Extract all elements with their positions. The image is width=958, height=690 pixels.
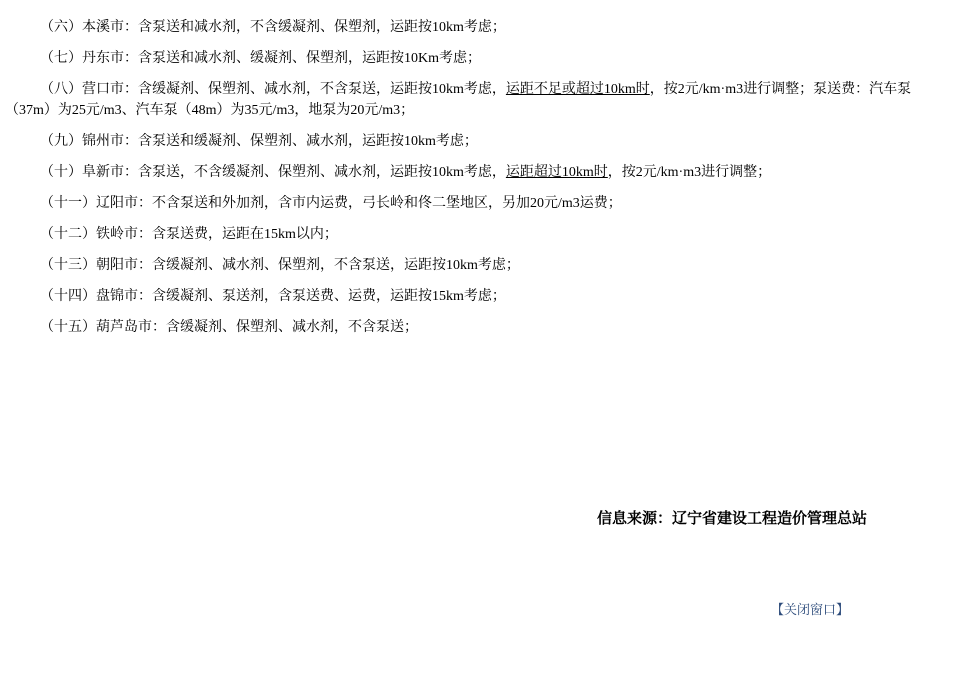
paragraph-text: （六）本溪市：含泵送和减水剂，不含缓凝剂、保塑剂，运距按10km考虑； bbox=[40, 20, 506, 35]
paragraph-text: （十四）盘锦市：含缓凝剂、泵送剂，含泵送费、运费，运距按15km考虑； bbox=[40, 289, 506, 304]
body-paragraph: （七）丹东市：含泵送和减水剂、缓凝剂、保塑剂，运距按10Km考虑； bbox=[5, 48, 950, 69]
paragraph-text: （十）阜新市：含泵送，不含缓凝剂、保塑剂、减水剂，运距按10km考虑， bbox=[40, 165, 506, 180]
body-paragraph: （十五）葫芦岛市：含缓凝剂、保塑剂、减水剂，不含泵送； bbox=[5, 317, 950, 338]
paragraph-text: （九）锦州市：含泵送和缓凝剂、保塑剂、减水剂，运距按10km考虑； bbox=[40, 134, 478, 149]
paragraph-text: （八）营口市：含缓凝剂、保塑剂、减水剂，不含泵送，运距按10km考虑， bbox=[40, 82, 506, 97]
close-window-link[interactable]: 【关闭窗口】 bbox=[771, 602, 849, 617]
body-paragraphs: （六）本溪市：含泵送和减水剂，不含缓凝剂、保塑剂，运距按10km考虑；（七）丹东… bbox=[5, 17, 950, 338]
body-paragraph: （十四）盘锦市：含缓凝剂、泵送剂，含泵送费、运费，运距按15km考虑； bbox=[5, 286, 950, 307]
body-paragraph: （六）本溪市：含泵送和减水剂，不含缓凝剂、保塑剂，运距按10km考虑； bbox=[5, 17, 950, 38]
body-paragraph: （十一）辽阳市：不含泵送和外加剂，含市内运费，弓长岭和佟二堡地区，另加20元/m… bbox=[5, 193, 950, 214]
body-paragraph: （十三）朝阳市：含缓凝剂、减水剂、保塑剂，不含泵送，运距按10km考虑； bbox=[5, 255, 950, 276]
body-paragraph: （十二）铁岭市：含泵送费，运距在15km以内； bbox=[5, 224, 950, 245]
paragraph-text: （十五）葫芦岛市：含缓凝剂、保塑剂、减水剂，不含泵送； bbox=[40, 320, 418, 335]
close-line: 【关闭窗口】 bbox=[5, 602, 950, 618]
paragraph-text: （十三）朝阳市：含缓凝剂、减水剂、保塑剂，不含泵送，运距按10km考虑； bbox=[40, 258, 520, 273]
underlined-text: 运距超过10km时 bbox=[506, 165, 608, 180]
info-source: 信息来源：辽宁省建设工程造价管理总站 bbox=[5, 510, 950, 528]
body-paragraph: （十）阜新市：含泵送，不含缓凝剂、保塑剂、减水剂，运距按10km考虑，运距超过1… bbox=[5, 162, 950, 183]
underlined-text: 运距不足或超过10km时 bbox=[506, 82, 650, 97]
document-body: （六）本溪市：含泵送和减水剂，不含缓凝剂、保塑剂，运距按10km考虑；（七）丹东… bbox=[0, 0, 958, 618]
body-paragraph: （八）营口市：含缓凝剂、保塑剂、减水剂，不含泵送，运距按10km考虑，运距不足或… bbox=[5, 79, 950, 121]
paragraph-text: （七）丹东市：含泵送和减水剂、缓凝剂、保塑剂，运距按10Km考虑； bbox=[40, 51, 481, 66]
paragraph-text: （十一）辽阳市：不含泵送和外加剂，含市内运费，弓长岭和佟二堡地区，另加20元/m… bbox=[40, 196, 622, 211]
paragraph-text: （十二）铁岭市：含泵送费，运距在15km以内； bbox=[40, 227, 338, 242]
paragraph-text: ，按2元/km·m3进行调整； bbox=[608, 165, 771, 180]
body-paragraph: （九）锦州市：含泵送和缓凝剂、保塑剂、减水剂，运距按10km考虑； bbox=[5, 131, 950, 152]
